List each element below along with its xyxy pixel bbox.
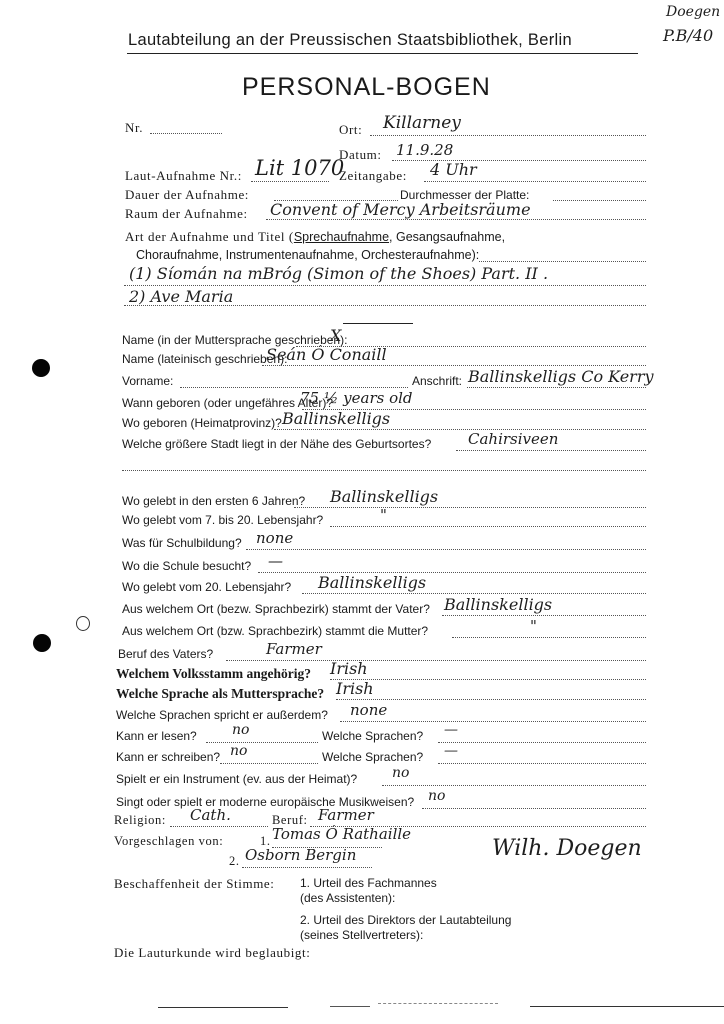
person-field-value: Farmer xyxy=(266,640,322,658)
stimme-item2-line2: (seines Stellvertreters): xyxy=(300,928,423,942)
header-underline xyxy=(127,53,638,54)
person-field-value: " xyxy=(530,617,537,635)
punch-hole-top xyxy=(32,359,50,377)
person-field-label: Wo gelebt vom 7. bis 20. Lebensjahr? xyxy=(122,513,323,527)
section-divider xyxy=(343,323,413,324)
person-field-input[interactable] xyxy=(226,660,646,661)
beglaubigt-label: Die Lauturkunde wird beglaubigt: xyxy=(114,945,310,961)
director-signature: Wilh. Doegen xyxy=(492,836,642,861)
signature-line-2 xyxy=(330,1006,370,1007)
person-field-value: none xyxy=(256,529,293,547)
person-field-value: Irish xyxy=(330,659,368,678)
stimme-item1-line1: 1. Urteil des Fachmannes xyxy=(300,876,437,890)
title-line1-field[interactable] xyxy=(124,285,646,286)
dauer-label: Dauer der Aufnahme: xyxy=(125,187,249,203)
signature-line-1 xyxy=(158,1007,288,1008)
person-extra-blank-line[interactable] xyxy=(122,470,646,471)
art-field[interactable] xyxy=(479,261,646,262)
person-field-value: " xyxy=(380,506,387,524)
person-field-value: 75 ½ years old xyxy=(300,389,413,407)
nr-label: Nr. xyxy=(125,120,143,136)
person-field-label: Kann er lesen? xyxy=(116,729,197,743)
vorgeschlagen-item2-value: Osborn Bergin xyxy=(245,846,356,864)
person-field-value: Seán Ó Conaill xyxy=(266,345,387,364)
person-field-label: Wo gelebt vom 20. Lebensjahr? xyxy=(122,580,291,594)
person-field-input[interactable] xyxy=(336,699,646,700)
datum-value: 11.9.28 xyxy=(396,141,453,159)
person-field-value: — xyxy=(444,722,458,738)
datum-label: Datum: xyxy=(339,147,382,163)
person-field-label: Anschrift: xyxy=(412,374,462,388)
title-line1-value: (1) Síomán na mBróg (Simon of the Shoes)… xyxy=(129,264,548,283)
art-label-prefix: Art der Aufnahme und Titel ( xyxy=(125,229,294,244)
person-field-label: Kann er schreiben? xyxy=(116,750,220,764)
person-field-input[interactable] xyxy=(274,429,646,430)
person-field-label: Welche größere Stadt liegt in der Nähe d… xyxy=(122,437,431,451)
durchmesser-field[interactable] xyxy=(553,200,646,201)
person-field-label: Aus welchem Ort (bezw. Sprachbezirk) sta… xyxy=(122,602,430,616)
ort-field[interactable] xyxy=(370,135,646,136)
person-field-input[interactable] xyxy=(340,721,646,722)
person-field-input[interactable] xyxy=(456,450,646,451)
vorgeschlagen-item2-field[interactable] xyxy=(242,867,372,868)
person-field-label: Welche Sprachen spricht er außerdem? xyxy=(116,708,328,722)
vorgeschlagen-item1-value: Tomas Ó Rathaille xyxy=(272,825,411,843)
stimme-item1-line2: (des Assistenten): xyxy=(300,891,395,905)
person-field-value: no xyxy=(232,722,249,738)
person-field-input[interactable] xyxy=(452,637,646,638)
person-field-input[interactable] xyxy=(258,572,646,573)
nr-field[interactable] xyxy=(150,133,222,134)
person-field-input[interactable] xyxy=(438,763,646,764)
signature-line-3 xyxy=(378,1003,498,1004)
person-field-label: Aus welchem Ort (bzw. Sprachbezirk) stam… xyxy=(122,624,428,638)
ort-value: Killarney xyxy=(383,113,461,133)
punch-hole-bottom xyxy=(33,634,51,652)
vorgeschlagen-label: Vorgeschlagen von: xyxy=(114,834,223,849)
person-field-input[interactable] xyxy=(442,615,646,616)
person-field-label: Welche Sprache als Muttersprache? xyxy=(116,686,324,702)
ort-label: Ort: xyxy=(339,122,362,138)
person-field-value: X xyxy=(330,326,341,345)
archive-note-name: Doegen xyxy=(666,4,720,20)
raum-field[interactable] xyxy=(266,219,646,220)
person-field-value: Ballinskelligs xyxy=(282,409,390,428)
person-field-input[interactable] xyxy=(180,387,408,388)
art-label-line2: Choraufnahme, Instrumentenaufnahme, Orch… xyxy=(136,248,479,262)
person-field-label: Wo die Schule besucht? xyxy=(122,559,251,573)
person-field-value: Cahirsiveen xyxy=(468,430,558,448)
person-field-input[interactable] xyxy=(206,742,318,743)
person-field-label: Beruf des Vaters? xyxy=(118,647,213,661)
person-field-value: Ballinskelligs xyxy=(318,573,426,592)
person-field-input[interactable] xyxy=(170,826,268,827)
stray-pencil-circle xyxy=(76,616,90,631)
person-field-value: no xyxy=(230,743,247,759)
person-field-input[interactable] xyxy=(262,365,646,366)
archive-note-number: P.B/40 xyxy=(663,26,713,45)
laut-aufnahme-field[interactable] xyxy=(251,181,329,182)
person-field-input[interactable] xyxy=(438,742,646,743)
person-field-input[interactable] xyxy=(467,387,646,388)
zeitangabe-field[interactable] xyxy=(424,181,646,182)
person-field-value: — xyxy=(444,743,458,759)
signature-line-4 xyxy=(530,1006,724,1007)
person-field-input[interactable] xyxy=(422,808,646,809)
page-title: PERSONAL-BOGEN xyxy=(242,73,491,102)
art-label-rest: , Gesangsaufnahme, xyxy=(389,230,505,244)
person-field-value: no xyxy=(428,788,445,804)
person-field-value: Ballinskelligs Co Kerry xyxy=(468,367,654,386)
person-field-value: none xyxy=(350,701,387,719)
raum-label: Raum der Aufnahme: xyxy=(125,206,248,222)
person-field-input[interactable] xyxy=(302,593,646,594)
raum-value: Convent of Mercy Arbeitsräume xyxy=(270,200,531,219)
person-field-label: Welche Sprachen? xyxy=(322,750,423,764)
vorgeschlagen-item2-num: 2. xyxy=(229,854,240,869)
person-field-value: Ballinskelligs xyxy=(444,595,552,614)
person-field-input[interactable] xyxy=(330,679,646,680)
person-field-label: Religion: xyxy=(114,813,166,828)
person-field-value: — xyxy=(268,552,283,570)
person-field-label: Name (lateinisch geschrieben): xyxy=(122,352,287,366)
person-field-input[interactable] xyxy=(294,507,646,508)
art-selected-option: Sprechaufnahme xyxy=(294,230,389,244)
person-field-label: Vorname: xyxy=(122,374,173,388)
stimme-item2-line1: 2. Urteil des Direktors der Lautabteilun… xyxy=(300,913,511,927)
person-field-label: Welchem Volksstamm angehörig? xyxy=(116,666,311,682)
person-field-value: Ballinskelligs xyxy=(330,487,438,506)
person-field-input[interactable] xyxy=(382,785,646,786)
person-field-label: Wo geboren (Heimatprovinz)? xyxy=(122,416,282,430)
person-field-label: Was für Schulbildung? xyxy=(122,536,242,550)
art-label: Art der Aufnahme und Titel (Sprechaufnah… xyxy=(125,229,505,245)
institution-header: Lautabteilung an der Preussischen Staats… xyxy=(128,31,572,50)
stimme-label: Beschaffenheit der Stimme: xyxy=(114,876,275,892)
person-field-label: Wo gelebt in den ersten 6 Jahren? xyxy=(122,494,305,508)
person-field-label: Spielt er ein Instrument (ev. aus der He… xyxy=(116,772,357,786)
person-field-input[interactable] xyxy=(330,526,646,527)
person-field-value: Farmer xyxy=(318,806,374,824)
title-line2-value: 2) Ave Maria xyxy=(129,287,233,306)
zeitangabe-label: Zeitangabe: xyxy=(339,168,407,184)
person-field-input[interactable] xyxy=(246,549,646,550)
person-field-value: Irish xyxy=(336,679,374,698)
laut-aufnahme-label: Laut-Aufnahme Nr.: xyxy=(125,168,242,184)
person-field-value: no xyxy=(392,765,409,781)
zeitangabe-value: 4 Uhr xyxy=(430,160,477,179)
laut-aufnahme-value: Lit 1070 xyxy=(255,156,344,180)
person-field-input[interactable] xyxy=(220,763,318,764)
person-field-label: Welche Sprachen? xyxy=(322,729,423,743)
person-field-value: Cath. xyxy=(190,806,231,824)
